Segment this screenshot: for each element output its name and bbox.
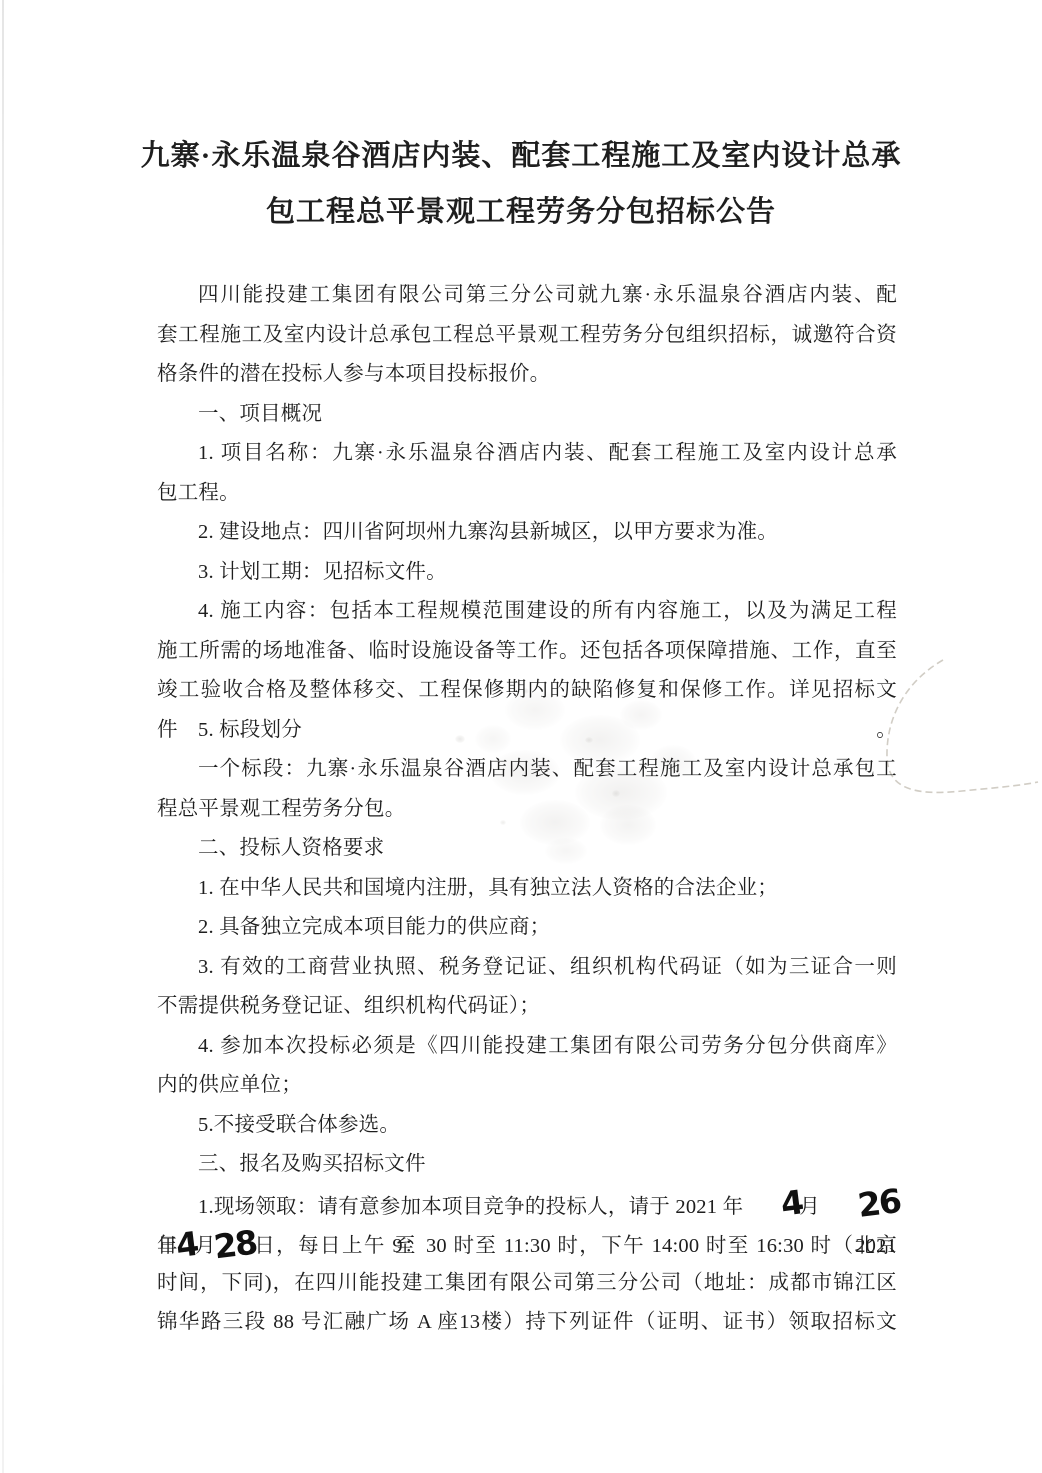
document-line: 4. 参加本次投标必须是《四川能投建工集团有限公司劳务分包分供商库》 [157,1027,897,1067]
text-run: 4. 施工内容：包括本工程规模范围建设的所有内容施工，以及为满足工程 [198,600,897,622]
handwritten-date: 26 [815,1184,901,1227]
document-line: 2. 具备独立完成本项目能力的供应商； [157,908,897,948]
document-line: 施工所需的场地准备、临时设施设备等工作。还包括各项保障措施、工作，直至 [157,632,897,672]
text-run: 日，每日上午 9：30 时至 11:30 时，下午 14:00 时至 16:30… [253,1235,897,1257]
document-line: 2. 建设地点：四川省阿坝州九寨沟县新城区，以甲方要求为准。 [157,513,897,553]
document-line: 锦华路三段 88 号汇融广场 A 座13楼）持下列证件（证明、证书）领取招标文 [157,1303,897,1343]
document-line: 3. 有效的工商营业执照、税务登记证、组织机构代码证（如为三证合一则 [157,948,897,988]
handwritten-date: 4 [739,1185,805,1225]
document-line: 年4月28日，每日上午 9：30 时至 11:30 时，下午 14:00 时至 … [157,1224,897,1264]
text-run: 3. 计划工期：见招标文件。 [198,561,447,583]
text-run: 二、投标人资格要求 [198,837,384,859]
document-body: 四川能投建工集团有限公司第三分公司就九寨·永乐温泉谷酒店内装、配套工程施工及室内… [157,276,897,1343]
handwritten-date: 4 [174,1227,199,1262]
document-line: 1. 在中华人民共和国境内注册，具有独立法人资格的合法企业； [157,869,897,909]
text-run: 内的供应单位； [157,1074,302,1096]
text-run: 包工程。 [157,482,240,504]
text-run: 2. 具备独立完成本项目能力的供应商； [198,916,550,938]
text-run: 1. 项目名称：九寨·永乐温泉谷酒店内装、配套工程施工及室内设计总承 [198,442,897,464]
document-line: 时间，下同)，在四川能投建工集团有限公司第三分公司（地址：成都市锦江区 [157,1264,897,1304]
document-title: 九寨·永乐温泉谷酒店内装、配套工程施工及室内设计总承 包工程总平景观工程劳务分包… [0,128,1042,240]
text-run: 四川能投建工集团有限公司第三分公司就九寨·永乐温泉谷酒店内装、配 [198,284,897,306]
text-run: 2. 建设地点：四川省阿坝州九寨沟县新城区，以甲方要求为准。 [198,521,778,543]
document-line: 1. 项目名称：九寨·永乐温泉谷酒店内装、配套工程施工及室内设计总承 [157,434,897,474]
text-run: 格条件的潜在投标人参与本项目投标报价。 [157,363,550,385]
document-line: 3. 计划工期：见招标文件。 [157,553,897,593]
text-run: 时间，下同)，在四川能投建工集团有限公司第三分公司（地址：成都市锦江区 [157,1272,897,1294]
text-run: 锦华路三段 88 号汇融广场 A 座13楼）持下列证件（证明、证书）领取招标文 [157,1311,897,1333]
text-run: 3. 有效的工商营业执照、税务登记证、组织机构代码证（如为三证合一则 [198,956,897,978]
text-run: 不需提供税务登记证、组织机构代码证）； [157,995,540,1017]
text-run: 一个标段：九寨·永乐温泉谷酒店内装、配套工程施工及室内设计总承包工 [198,758,897,780]
handwritten-date: 28 [212,1226,258,1264]
text-run: 一、项目概况 [198,403,322,425]
document-line: 5.不接受联合体参选。 [157,1106,897,1146]
text-run: 1.现场领取：请有意参加本项目竞争的投标人，请于 2021 年 [198,1196,743,1218]
text-run: 4. 参加本次投标必须是《四川能投建工集团有限公司劳务分包分供商库》 [198,1035,897,1057]
document-line: 一个标段：九寨·永乐温泉谷酒店内装、配套工程施工及室内设计总承包工 [157,750,897,790]
document-line: 格条件的潜在投标人参与本项目投标报价。 [157,355,897,395]
document-line: 内的供应单位； [157,1066,897,1106]
document-line: 四川能投建工集团有限公司第三分公司就九寨·永乐温泉谷酒店内装、配 [157,276,897,316]
scanned-document-page: 九寨·永乐温泉谷酒店内装、配套工程施工及室内设计总承 包工程总平景观工程劳务分包… [0,0,1042,1473]
document-line: 三、报名及购买招标文件 [157,1145,897,1185]
text-run: 三、报名及购买招标文件 [198,1153,426,1175]
text-run: 5.不接受联合体参选。 [198,1114,400,1136]
document-line: 竣工验收合格及整体移交、工程保修期内的缺陷修复和保修工作。详见招标文件。 [157,671,897,711]
document-line: 一、项目概况 [157,395,897,435]
document-line: 1.现场领取：请有意参加本项目竞争的投标人，请于 2021 年4月26日至 20… [157,1185,897,1225]
text-run: 施工所需的场地准备、临时设施设备等工作。还包括各项保障措施、工作，直至 [157,640,897,662]
text-run: 1. 在中华人民共和国境内注册，具有独立法人资格的合法企业； [198,877,778,899]
document-line: 二、投标人资格要求 [157,829,897,869]
text-run: 5. 标段划分 [198,719,302,741]
document-line: 不需提供税务登记证、组织机构代码证）； [157,987,897,1027]
text-run: 程总平景观工程劳务分包。 [157,798,405,820]
document-line: 程总平景观工程劳务分包。 [157,790,897,830]
document-line: 套工程施工及室内设计总承包工程总平景观工程劳务分包组织招标，诚邀符合资 [157,316,897,356]
title-line-2: 包工程总平景观工程劳务分包招标公告 [0,184,1042,240]
document-line: 4. 施工内容：包括本工程规模范围建设的所有内容施工，以及为满足工程 [157,592,897,632]
document-line: 包工程。 [157,474,897,514]
title-line-1: 九寨·永乐温泉谷酒店内装、配套工程施工及室内设计总承 [0,128,1042,184]
text-run: 套工程施工及室内设计总承包工程总平景观工程劳务分包组织招标，诚邀符合资 [157,324,897,346]
